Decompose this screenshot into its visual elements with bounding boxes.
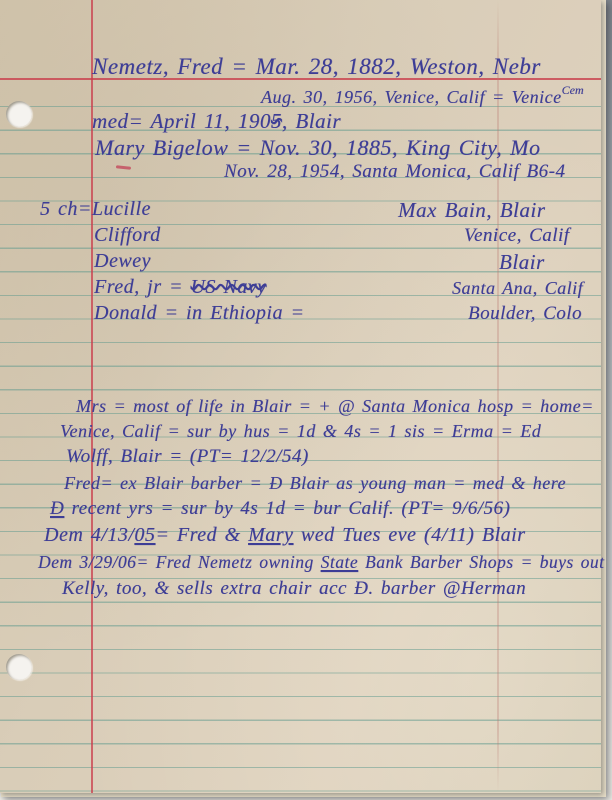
underlined-name: Mary bbox=[248, 524, 293, 546]
scanned-note-page: Nemetz, Fred = Mar. 28, 1882, Weston, Ne… bbox=[0, 0, 612, 800]
news-note-1905: Dem 4/13/05= Fred & Mary wed Tues eve (4… bbox=[44, 524, 525, 547]
child-3-name: Dewey bbox=[94, 250, 151, 273]
child-4-residence: Santa Ana, Calif bbox=[452, 278, 583, 299]
child-name: Lucille bbox=[92, 198, 151, 220]
cemetery-superscript: Cem bbox=[562, 83, 584, 97]
citation-text: = Fred & bbox=[155, 524, 248, 546]
punch-hole-top bbox=[6, 101, 32, 127]
marriage-date-text: med= April 11, 190 bbox=[92, 109, 271, 133]
citation-text: Dem 4/13/ bbox=[44, 524, 134, 546]
news-note-1906-line-2: Kelly, too, & sells extra chair acc Đ. b… bbox=[62, 578, 526, 600]
crossed-out-text: US Navy bbox=[190, 276, 266, 298]
child-2-residence: Venice, Calif bbox=[464, 225, 570, 247]
fred-note-line-2: Đ recent yrs = sur by 4s 1d = bur Calif.… bbox=[50, 498, 510, 520]
entry-death-date: Aug. 30, 1956, Venice, Calif = VeniceCem bbox=[261, 83, 584, 108]
entry-name-and-birth: Nemetz, Fred = Mar. 28, 1882, Weston, Ne… bbox=[92, 54, 541, 80]
child-2-name: Clifford bbox=[94, 224, 161, 247]
entry-spouse-birth: Mary Bigelow = Nov. 30, 1885, King City,… bbox=[95, 135, 540, 161]
mary-note-line-2: Venice, Calif = sur by hus = 1d & 4s = 1… bbox=[60, 421, 541, 442]
entry-marriage-date: med= April 11, 1905, Blair bbox=[92, 109, 341, 134]
citation-text: wed Tues eve (4/11) Blair bbox=[293, 524, 525, 546]
ledger-paper: Nemetz, Fred = Mar. 28, 1882, Weston, Ne… bbox=[0, 0, 601, 793]
child-1-residence: Max Bain, Blair bbox=[398, 198, 545, 223]
mary-note-line-1: Mrs = most of life in Blair = + @ Santa … bbox=[76, 396, 594, 417]
underlined-year: 05 bbox=[134, 524, 155, 546]
overwritten-digit: 5 bbox=[271, 109, 282, 133]
news-note-1906-line-1: Dem 3/29/06= Fred Nemetz owning State Ba… bbox=[38, 552, 604, 573]
fred-note-line-1: Fred= ex Blair barber = Đ Blair as young… bbox=[64, 473, 566, 494]
child-4-name: Fred, jr = US Navy bbox=[94, 276, 267, 299]
marriage-place-text: , Blair bbox=[282, 109, 341, 133]
punch-hole-bottom bbox=[6, 654, 32, 680]
children-count-and-child-1: 5 ch=Lucille bbox=[40, 198, 151, 221]
citation-text: Dem 3/29/06= Fred Nemetz owning bbox=[38, 552, 321, 572]
child-3-residence: Blair bbox=[499, 250, 545, 275]
death-date-text: Aug. 30, 1956, Venice, Calif = Venice bbox=[261, 87, 562, 107]
underlined-to-symbol: Đ bbox=[50, 498, 64, 519]
fred-note-line-2-text: recent yrs = sur by 4s 1d = bur Calif. (… bbox=[64, 498, 510, 519]
underlined-word: State bbox=[321, 552, 359, 572]
child-name: Fred, jr = bbox=[94, 276, 190, 298]
child-5-name: Donald = in Ethiopia = bbox=[94, 302, 304, 325]
child-5-residence: Boulder, Colo bbox=[468, 303, 582, 325]
mary-note-line-3: Wolff, Blair = (PT= 12/2/54) bbox=[66, 446, 309, 468]
entry-spouse-death: Nov. 28, 1954, Santa Monica, Calif B6-4 bbox=[224, 161, 565, 183]
children-count-label: 5 ch= bbox=[40, 198, 92, 220]
citation-text: Bank Barber Shops = buys out bbox=[358, 552, 604, 572]
